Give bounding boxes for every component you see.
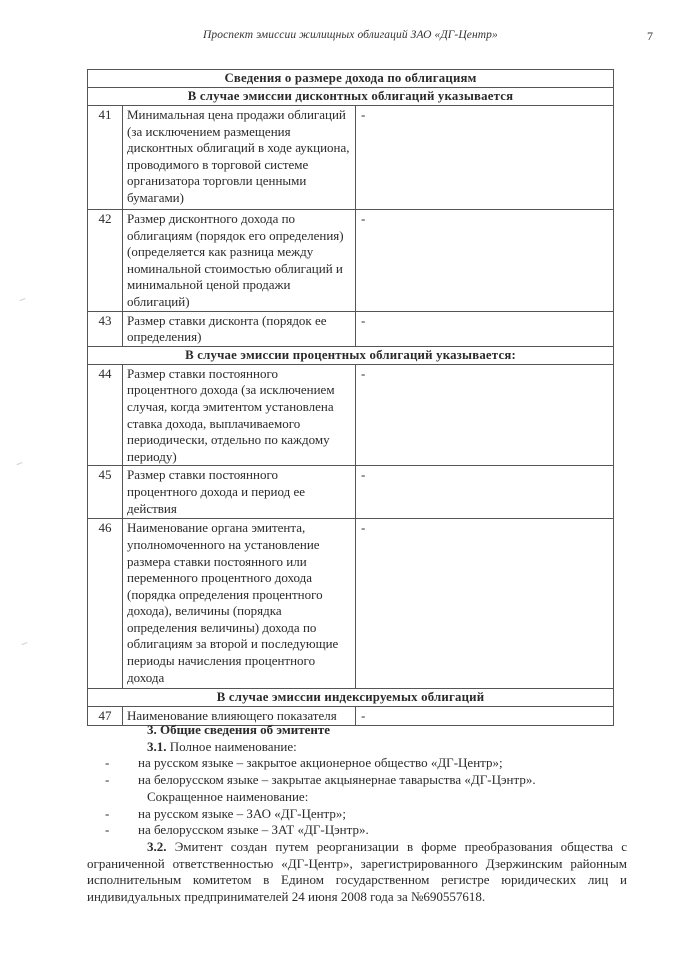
section-heading-row: В случае эмиссии дисконтных облигаций ук…	[88, 88, 614, 106]
income-info-table: Сведения о размере дохода по облигациям …	[87, 69, 614, 726]
row-number: 44	[88, 364, 123, 466]
scan-artifact	[21, 642, 28, 648]
running-header: Проспект эмиссии жилищных облигаций ЗАО …	[203, 29, 498, 41]
full-name-by: на белорусском языке – закрытае акцыянер…	[138, 772, 536, 787]
row-description: Размер дисконтного дохода по облигациям …	[123, 210, 356, 312]
full-name-ru: на русском языке – закрытое акционерное …	[138, 755, 503, 770]
row-description: Размер ставки дисконта (порядок ее опред…	[123, 311, 356, 346]
subsection-3-2-line: 3.2. Эмитент создан путем реорганизации …	[87, 839, 627, 856]
issuer-section: 3. Общие сведения об эмитенте 3.1. Полно…	[87, 722, 627, 906]
section-heading-row: В случае эмиссии процентных облигаций ук…	[88, 346, 614, 364]
list-item: - на белорусском языке – закрытае акцыян…	[87, 772, 627, 789]
row-number: 46	[88, 519, 123, 689]
row-number: 41	[88, 106, 123, 210]
row-value: -	[356, 519, 614, 689]
row-description: Размер ставки постоянного процентного до…	[123, 466, 356, 519]
section-heading-indexed: В случае эмиссии индексируемых облигаций	[88, 689, 614, 707]
bullet-dash: -	[105, 772, 109, 789]
row-value: -	[356, 311, 614, 346]
scan-artifact	[19, 298, 26, 304]
s32-text-line1: Эмитент создан путем реорганизации в фор…	[175, 839, 627, 854]
row-description: Наименование органа эмитента, уполномоче…	[123, 519, 356, 689]
subsection-text: Полное наименование:	[170, 739, 297, 754]
table-row: 42 Размер дисконтного дохода по облигаци…	[88, 210, 614, 312]
section-heading-discount: В случае эмиссии дисконтных облигаций ук…	[88, 88, 614, 106]
s32-text-line4: индивидуальных предпринимателей 24 июня …	[87, 889, 627, 906]
row-description: Минимальная цена продажи облигаций (за и…	[123, 106, 356, 210]
s32-text-line2: ограниченной ответственностью «ДГ-Центр»…	[87, 856, 627, 873]
table-row: 44 Размер ставки постоянного процентного…	[88, 364, 614, 466]
s32-text-line3: исполнительным комитетом в Едином госуда…	[87, 872, 627, 889]
short-name-heading: Сокращенное наименование:	[87, 789, 627, 806]
subsection-label: 3.2.	[147, 839, 167, 854]
scan-artifact	[16, 462, 23, 468]
row-value: -	[356, 466, 614, 519]
table-row: 41 Минимальная цена продажи облигаций (з…	[88, 106, 614, 210]
row-value: -	[356, 364, 614, 466]
bullet-dash: -	[105, 755, 109, 772]
table-title-row: Сведения о размере дохода по облигациям	[88, 70, 614, 88]
list-item: - на русском языке – закрытое акционерно…	[87, 755, 627, 772]
section-heading-row: В случае эмиссии индексируемых облигаций	[88, 689, 614, 707]
page-number: 7	[647, 29, 653, 44]
bullet-dash: -	[105, 806, 109, 823]
table-title: Сведения о размере дохода по облигациям	[88, 70, 614, 88]
table-row: 45 Размер ставки постоянного процентного…	[88, 466, 614, 519]
subsection-3-1: 3.1. Полное наименование:	[87, 739, 627, 756]
bullet-dash: -	[105, 822, 109, 839]
section-heading-interest: В случае эмиссии процентных облигаций ук…	[88, 346, 614, 364]
row-value: -	[356, 210, 614, 312]
table-row: 46 Наименование органа эмитента, уполном…	[88, 519, 614, 689]
table-row: 43 Размер ставки дисконта (порядок ее оп…	[88, 311, 614, 346]
list-item: - на белорусском языке – ЗАТ «ДГ-Цэнтр».	[87, 822, 627, 839]
row-number: 42	[88, 210, 123, 312]
row-value: -	[356, 106, 614, 210]
list-item: - на русском языке – ЗАО «ДГ-Центр»;	[87, 806, 627, 823]
short-name-ru: на русском языке – ЗАО «ДГ-Центр»;	[138, 806, 346, 821]
row-number: 45	[88, 466, 123, 519]
section-title: 3. Общие сведения об эмитенте	[87, 722, 627, 739]
short-name-by: на белорусском языке – ЗАТ «ДГ-Цэнтр».	[138, 822, 369, 837]
row-number: 43	[88, 311, 123, 346]
row-description: Размер ставки постоянного процентного до…	[123, 364, 356, 466]
subsection-label: 3.1.	[147, 739, 167, 754]
